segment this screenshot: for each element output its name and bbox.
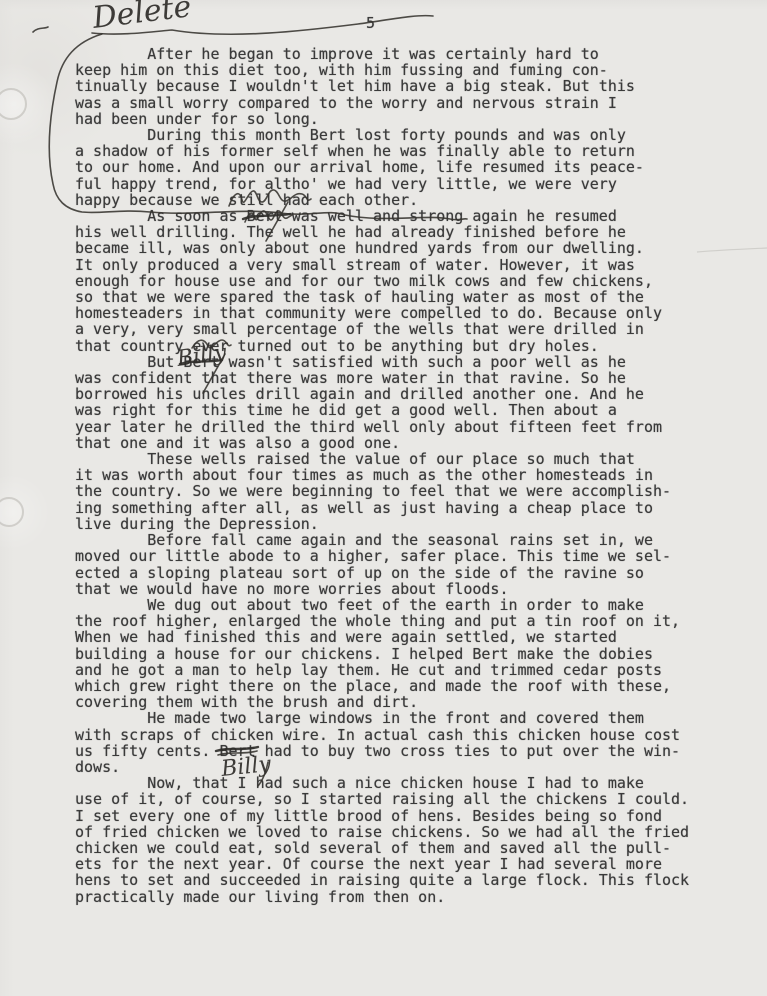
punch-hole-emboss-top [0, 89, 26, 119]
punch-hole-emboss-middle [0, 498, 23, 526]
typed-paragraph-7: We dug out about two feet of the earth i… [75, 597, 755, 710]
typed-paragraph-6: Before fall came again and the seasonal … [75, 532, 755, 597]
typed-paragraph-1: After he began to improve it was certain… [75, 46, 755, 127]
typed-paragraph-2: During this month Bert lost forty pounds… [75, 127, 755, 208]
typed-paragraph-4: But Bert wasn't satisfied with such a po… [75, 354, 755, 451]
page-number: 5 [366, 14, 375, 32]
typed-paragraph-5: These wells raised the value of our plac… [75, 451, 755, 532]
typed-text-block: After he began to improve it was certain… [75, 46, 755, 905]
handwritten-delete-note: Delete [90, 0, 193, 36]
stray-pen-mark [33, 27, 48, 32]
typed-paragraph-8: He made two large windows in the front a… [75, 710, 755, 775]
manuscript-page: 5 After he began to improve it was certa… [0, 0, 767, 996]
typed-paragraph-3: As soon as Bert was well and strong agai… [75, 208, 755, 354]
typed-paragraph-9: Now, that I had such a nice chicken hous… [75, 775, 755, 905]
delete-underline-stroke [92, 16, 433, 35]
